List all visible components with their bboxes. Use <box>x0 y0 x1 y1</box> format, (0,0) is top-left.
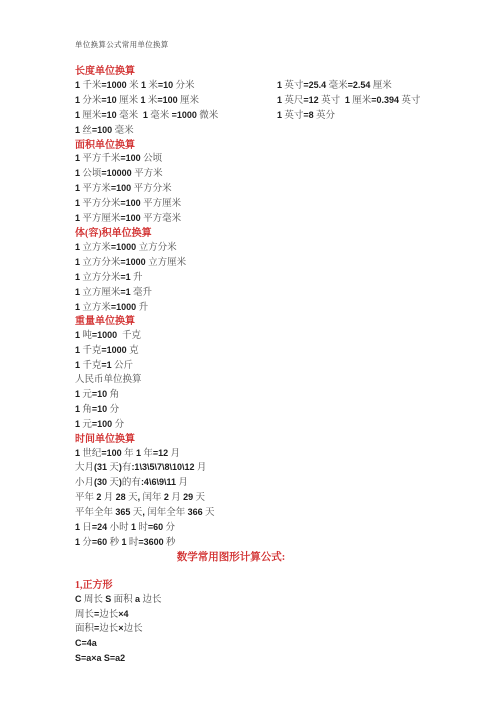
formula-text-right-column: 1 英寸=8 英分 <box>277 109 335 124</box>
formula-text: 1 丝=100 毫米 <box>75 126 134 136</box>
latin-fragment: =12 <box>303 95 318 105</box>
formula-text: 平年全年 365 天, 闰年全年 366 天 <box>75 508 215 518</box>
latin-fragment: S=a×a <box>75 653 102 663</box>
latin-fragment: =3600 <box>138 537 163 547</box>
section-heading-length: 长度单位换算 <box>75 65 435 79</box>
latin-fragment: 1 <box>140 95 145 105</box>
latin-fragment: 1 <box>75 389 80 399</box>
latin-fragment: =100 <box>92 125 112 135</box>
formula-line: 1 世纪=100 年 1 年=12 月 <box>75 447 435 462</box>
formula-text: 1 角=10 分 <box>75 405 119 415</box>
formula-line: 1 平方厘米=100 平方毫米 <box>75 212 435 227</box>
document-content: 单位换算公式常用单位换算 长度单位换算1 千米=1000 米 1 米=10 分米… <box>75 38 435 667</box>
latin-fragment: =1000 <box>111 302 136 312</box>
latin-fragment: =60 <box>92 537 107 547</box>
formula-text: 1 平方千米=100 公顷 <box>75 154 162 164</box>
formula-text: 小月(30 天)的有:4\6\9\11 月 <box>75 478 188 488</box>
formula-text: 1 分米=10 厘米 1 米=100 厘米 <box>75 96 199 106</box>
latin-fragment: 29 <box>183 492 193 502</box>
latin-fragment: =100 <box>111 183 131 193</box>
latin-fragment: ) <box>119 462 122 472</box>
latin-fragment: 1 <box>75 404 80 414</box>
formula-line: 1 日=24 小时 1 时=60 分 <box>75 521 435 536</box>
latin-fragment: S=a2 <box>104 653 125 663</box>
latin-fragment: =12 <box>153 448 168 458</box>
formula-line: 小月(30 天)的有:4\6\9\11 月 <box>75 476 435 491</box>
latin-fragment: C <box>75 594 82 604</box>
latin-fragment: =100 <box>120 213 140 223</box>
formula-line: 1 千米=1000 米 1 米=10 分米1 英寸=25.4 毫米=2.54 厘… <box>75 79 435 94</box>
latin-fragment: S <box>105 594 111 604</box>
latin-fragment: =1000 <box>101 345 126 355</box>
latin-fragment: 2 <box>164 492 169 502</box>
formula-line: 1 分米=10 厘米 1 米=100 厘米1 英尺=12 英寸 1 厘米=0.3… <box>75 94 435 109</box>
latin-fragment: =8 <box>303 110 313 120</box>
formula-text: 平年 2 月 28 天, 闰年 2 月 29 天 <box>75 493 205 503</box>
formula-line: 1 立方厘米=1 毫升 <box>75 286 435 301</box>
formula-text: 1 立方米=1000 升 <box>75 303 148 313</box>
formula-line: 大月(31 天)有:1\3\5\7\8\10\12 月 <box>75 461 435 476</box>
latin-fragment: , <box>138 492 141 502</box>
latin-fragment: =10 <box>101 110 116 120</box>
section-heading-area: 面积单位换算 <box>75 139 435 153</box>
latin-fragment: 1 <box>143 110 148 120</box>
latin-fragment: 1 <box>75 213 80 223</box>
formula-line: 1 平方分米=100 平方厘米 <box>75 197 435 212</box>
section-weight: 重量单位换算1 吨=1000 千克1 千克=1000 克1 千克=1 公斤 <box>75 315 435 374</box>
formula-text: 1 立方分米=1000 立方厘米 <box>75 258 186 268</box>
latin-fragment: 1 <box>141 80 146 90</box>
section-formulas-title: 数学常用图形计算公式: <box>75 551 435 565</box>
latin-fragment: 1 <box>121 537 126 547</box>
latin-fragment: 1 <box>75 360 80 370</box>
latin-fragment: 1 <box>75 153 80 163</box>
formula-line: S=a×a S=a2 <box>75 652 435 667</box>
formula-line: 1 吨=1000 千克 <box>75 329 435 344</box>
formula-text: S=a×a S=a2 <box>75 654 125 664</box>
latin-fragment: =100 <box>120 198 140 208</box>
formula-text: 1 千克=1 公斤 <box>75 361 133 371</box>
latin-fragment: =100 <box>157 95 177 105</box>
section-area: 面积单位换算1 平方千米=100 公顷1 公顷=10000 平方米1 平方米=1… <box>75 139 435 227</box>
latin-fragment: 1 <box>75 183 80 193</box>
formula-line: 1 立方分米=1000 立方厘米 <box>75 256 435 271</box>
formula-text: 1 立方分米=1 升 <box>75 273 143 283</box>
latin-fragment: =0.394 <box>371 95 399 105</box>
latin-fragment: (30 <box>94 477 107 487</box>
latin-fragment: =10 <box>92 404 107 414</box>
formula-text: 1 千克=1000 克 <box>75 346 139 356</box>
latin-fragment: = <box>94 609 99 619</box>
latin-fragment: 1 <box>75 242 80 252</box>
latin-fragment: 1 <box>277 80 282 90</box>
formula-text: 1 日=24 小时 1 时=60 分 <box>75 523 175 533</box>
latin-fragment: 1 <box>75 80 80 90</box>
formula-text: 1 平方分米=100 平方厘米 <box>75 199 181 209</box>
section-length: 长度单位换算1 千米=1000 米 1 米=10 分米1 英寸=25.4 毫米=… <box>75 65 435 139</box>
latin-fragment: =1 <box>101 360 111 370</box>
latin-fragment: :1\3\5\7\8\10\12 <box>131 462 194 472</box>
sections-container: 长度单位换算1 千米=1000 米 1 米=10 分米1 英寸=25.4 毫米=… <box>75 65 435 667</box>
latin-fragment: 1 <box>75 537 80 547</box>
latin-fragment: =1000 <box>101 80 126 90</box>
latin-fragment: 1 <box>75 302 80 312</box>
latin-fragment: ) <box>119 477 122 487</box>
formula-text: 周长=边长×4 <box>75 610 129 620</box>
latin-fragment: 1 <box>345 95 350 105</box>
latin-fragment: 1 <box>75 110 80 120</box>
latin-fragment: =25.4 <box>303 80 326 90</box>
latin-fragment: 1 <box>75 257 80 267</box>
latin-fragment: ×4 <box>118 609 128 619</box>
latin-fragment: =10000 <box>101 168 131 178</box>
formula-text: 1 世纪=100 年 1 年=12 月 <box>75 449 180 459</box>
latin-fragment: 1 <box>136 448 141 458</box>
latin-fragment: 366 <box>188 507 203 517</box>
latin-fragment: 1 <box>75 287 80 297</box>
latin-fragment: = <box>94 623 99 633</box>
latin-fragment: , <box>142 507 145 517</box>
latin-fragment: :4\6\9\11 <box>141 477 176 487</box>
latin-fragment: =100 <box>101 448 121 458</box>
formula-text: 1 立方厘米=1 毫升 <box>75 288 152 298</box>
latin-fragment: =60 <box>148 522 163 532</box>
section-heading-weight: 重量单位换算 <box>75 315 435 329</box>
formula-text: C=4a <box>75 639 97 649</box>
latin-fragment: (31 <box>94 462 107 472</box>
document-title: 单位换算公式常用单位换算 <box>75 38 435 52</box>
latin-fragment: × <box>118 623 123 633</box>
formula-line: 1 千克=1000 克 <box>75 344 435 359</box>
formula-line: 1 厘米=10 毫米 1 毫米 =1000 微米1 英寸=8 英分 <box>75 109 435 124</box>
section-volume: 体(容)积单位换算1 立方米=1000 立方分米1 立方分米=1000 立方厘米… <box>75 227 435 315</box>
latin-fragment: 1 <box>75 345 80 355</box>
formula-text: C 周长 S 面积 a 边长 <box>75 595 161 605</box>
formula-line: 平年全年 365 天, 闰年全年 366 天 <box>75 506 435 521</box>
latin-fragment: 1 <box>75 330 80 340</box>
latin-fragment: 1 <box>75 419 80 429</box>
latin-fragment: =24 <box>92 522 107 532</box>
latin-fragment: =100 <box>120 153 140 163</box>
formula-line: 1 平方米=100 平方分米 <box>75 182 435 197</box>
section-heading-formulas-title: 数学常用图形计算公式: <box>75 551 387 565</box>
formula-text: 1 公顷=10000 平方米 <box>75 169 163 179</box>
section-square: 1,正方形C 周长 S 面积 a 边长周长=边长×4面积=边长×边长C=4aS=… <box>75 579 435 667</box>
latin-fragment: 1 <box>131 522 136 532</box>
latin-fragment: 1 <box>75 272 80 282</box>
formula-line: 平年 2 月 28 天, 闰年 2 月 29 天 <box>75 491 435 506</box>
formula-line: 周长=边长×4 <box>75 608 435 623</box>
formula-text-right-column: 1 英寸=25.4 毫米=2.54 厘米 <box>277 79 392 94</box>
formula-line: 1 角=10 分 <box>75 403 435 418</box>
latin-fragment: 2 <box>96 492 101 502</box>
latin-fragment: 1 <box>75 125 80 135</box>
section-rmb: 人民币单位换算1 元=10 角1 角=10 分1 元=100 分 <box>75 374 435 433</box>
formula-line: 1 公顷=10000 平方米 <box>75 167 435 182</box>
latin-fragment: =10 <box>92 389 107 399</box>
formula-line: 1 平方千米=100 公顷 <box>75 152 435 167</box>
latin-fragment: =1 <box>120 287 130 297</box>
section-time: 时间单位换算1 世纪=100 年 1 年=12 月大月(31 天)有:1\3\5… <box>75 433 435 551</box>
latin-fragment: 1 <box>75 95 80 105</box>
latin-fragment: =100 <box>92 419 112 429</box>
latin-fragment: C=4a <box>75 638 97 648</box>
formula-line: C 周长 S 面积 a 边长 <box>75 593 435 608</box>
formula-text: 1 平方米=100 平方分米 <box>75 184 172 194</box>
latin-fragment: 1 <box>75 198 80 208</box>
formula-line: 1 立方米=1000 升 <box>75 301 435 316</box>
formula-line: 1 立方分米=1 升 <box>75 271 435 286</box>
latin-fragment: =1 <box>120 272 130 282</box>
latin-fragment: 1 <box>75 522 80 532</box>
formula-line: C=4a <box>75 637 435 652</box>
formula-text-right-column: 1 英尺=12 英寸 1 厘米=0.394 英寸 <box>277 94 420 109</box>
formula-text: 面积=边长×边长 <box>75 624 143 634</box>
formula-text: 1 平方厘米=100 平方毫米 <box>75 214 181 224</box>
formula-line: 1 元=10 角 <box>75 388 435 403</box>
latin-fragment: 365 <box>115 507 130 517</box>
section-heading-volume: 体(容)积单位换算 <box>75 227 435 241</box>
latin-fragment: =1000 <box>172 110 197 120</box>
formula-text: 1 厘米=10 毫米 1 毫米 =1000 微米 <box>75 111 218 121</box>
latin-fragment: 28 <box>116 492 126 502</box>
section-heading-square: 1,正方形 <box>75 579 435 593</box>
latin-fragment: 1 <box>277 95 282 105</box>
formula-text: 1 吨=1000 千克 <box>75 331 141 341</box>
formula-text: 1 立方米=1000 立方分米 <box>75 243 177 253</box>
section-heading-time: 时间单位换算 <box>75 433 435 447</box>
formula-line: 1 元=100 分 <box>75 418 435 433</box>
formula-line: 1 千克=1 公斤 <box>75 359 435 374</box>
formula-line: 面积=边长×边长 <box>75 622 435 637</box>
formula-text: 1 分=60 秒 1 时=3600 秒 <box>75 538 176 548</box>
latin-fragment: 1 <box>277 110 282 120</box>
latin-fragment: =1000 <box>92 330 117 340</box>
latin-fragment: 1 <box>75 168 80 178</box>
latin-fragment: =2.54 <box>348 80 371 90</box>
formula-text: 大月(31 天)有:1\3\5\7\8\10\12 月 <box>75 463 206 473</box>
formula-text: 1 元=10 角 <box>75 390 119 400</box>
latin-fragment: =1000 <box>120 257 145 267</box>
latin-fragment: =1000 <box>111 242 136 252</box>
latin-fragment: =10 <box>101 95 116 105</box>
document-page: 单位换算公式常用单位换算 长度单位换算1 千米=1000 米 1 米=10 分米… <box>0 0 500 708</box>
latin-fragment: =10 <box>158 80 173 90</box>
formula-line: 1 分=60 秒 1 时=3600 秒 <box>75 536 435 551</box>
section-heading-rmb: 人民币单位换算 <box>75 374 435 388</box>
formula-line: 1 丝=100 毫米 <box>75 124 435 139</box>
latin-fragment: a <box>135 594 140 604</box>
latin-fragment: 1 <box>75 448 80 458</box>
formula-text: 1 元=100 分 <box>75 420 124 430</box>
formula-text: 1 千米=1000 米 1 米=10 分米 <box>75 81 195 91</box>
formula-line: 1 立方米=1000 立方分米 <box>75 241 435 256</box>
